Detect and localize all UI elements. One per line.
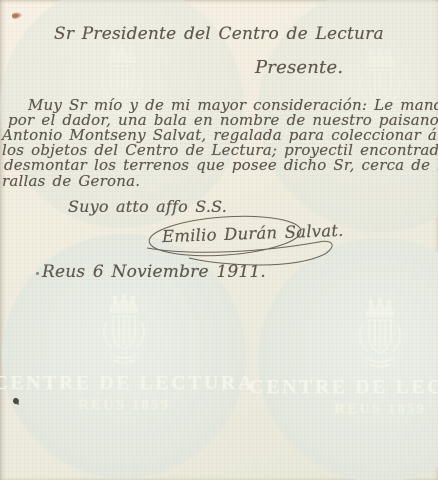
crest-icon bbox=[348, 298, 412, 370]
signature: Emilio Durán Salvat. bbox=[162, 221, 344, 246]
closing-line: Suyo atto affo S.S. bbox=[68, 197, 227, 216]
letter-sheet: CENTRE DE LECTURA REUS 1859 CENTRE DE LE… bbox=[0, 0, 438, 480]
archival-red-mark bbox=[11, 11, 22, 20]
watermark-org-text: CENTRE DE LECTURA bbox=[249, 376, 438, 399]
watermark-org-text: CENTRE DE LECTURA bbox=[0, 372, 255, 395]
paper-speck bbox=[36, 272, 39, 275]
date-line: Reus 6 Noviembre 1911. bbox=[42, 262, 266, 282]
salutation-presente: Presente. bbox=[255, 57, 343, 78]
body-line: rallas de Gerona. bbox=[2, 172, 140, 190]
watermark-subtitle-text: REUS 1859 bbox=[334, 401, 426, 418]
crest-icon bbox=[92, 294, 156, 366]
watermark-subtitle-text: REUS 1859 bbox=[78, 397, 170, 414]
salutation-line: Sr Presidente del Centro de Lectura bbox=[54, 24, 384, 44]
watermark-stamp-bottom-right: CENTRE DE LECTURA REUS 1859 bbox=[258, 238, 438, 480]
